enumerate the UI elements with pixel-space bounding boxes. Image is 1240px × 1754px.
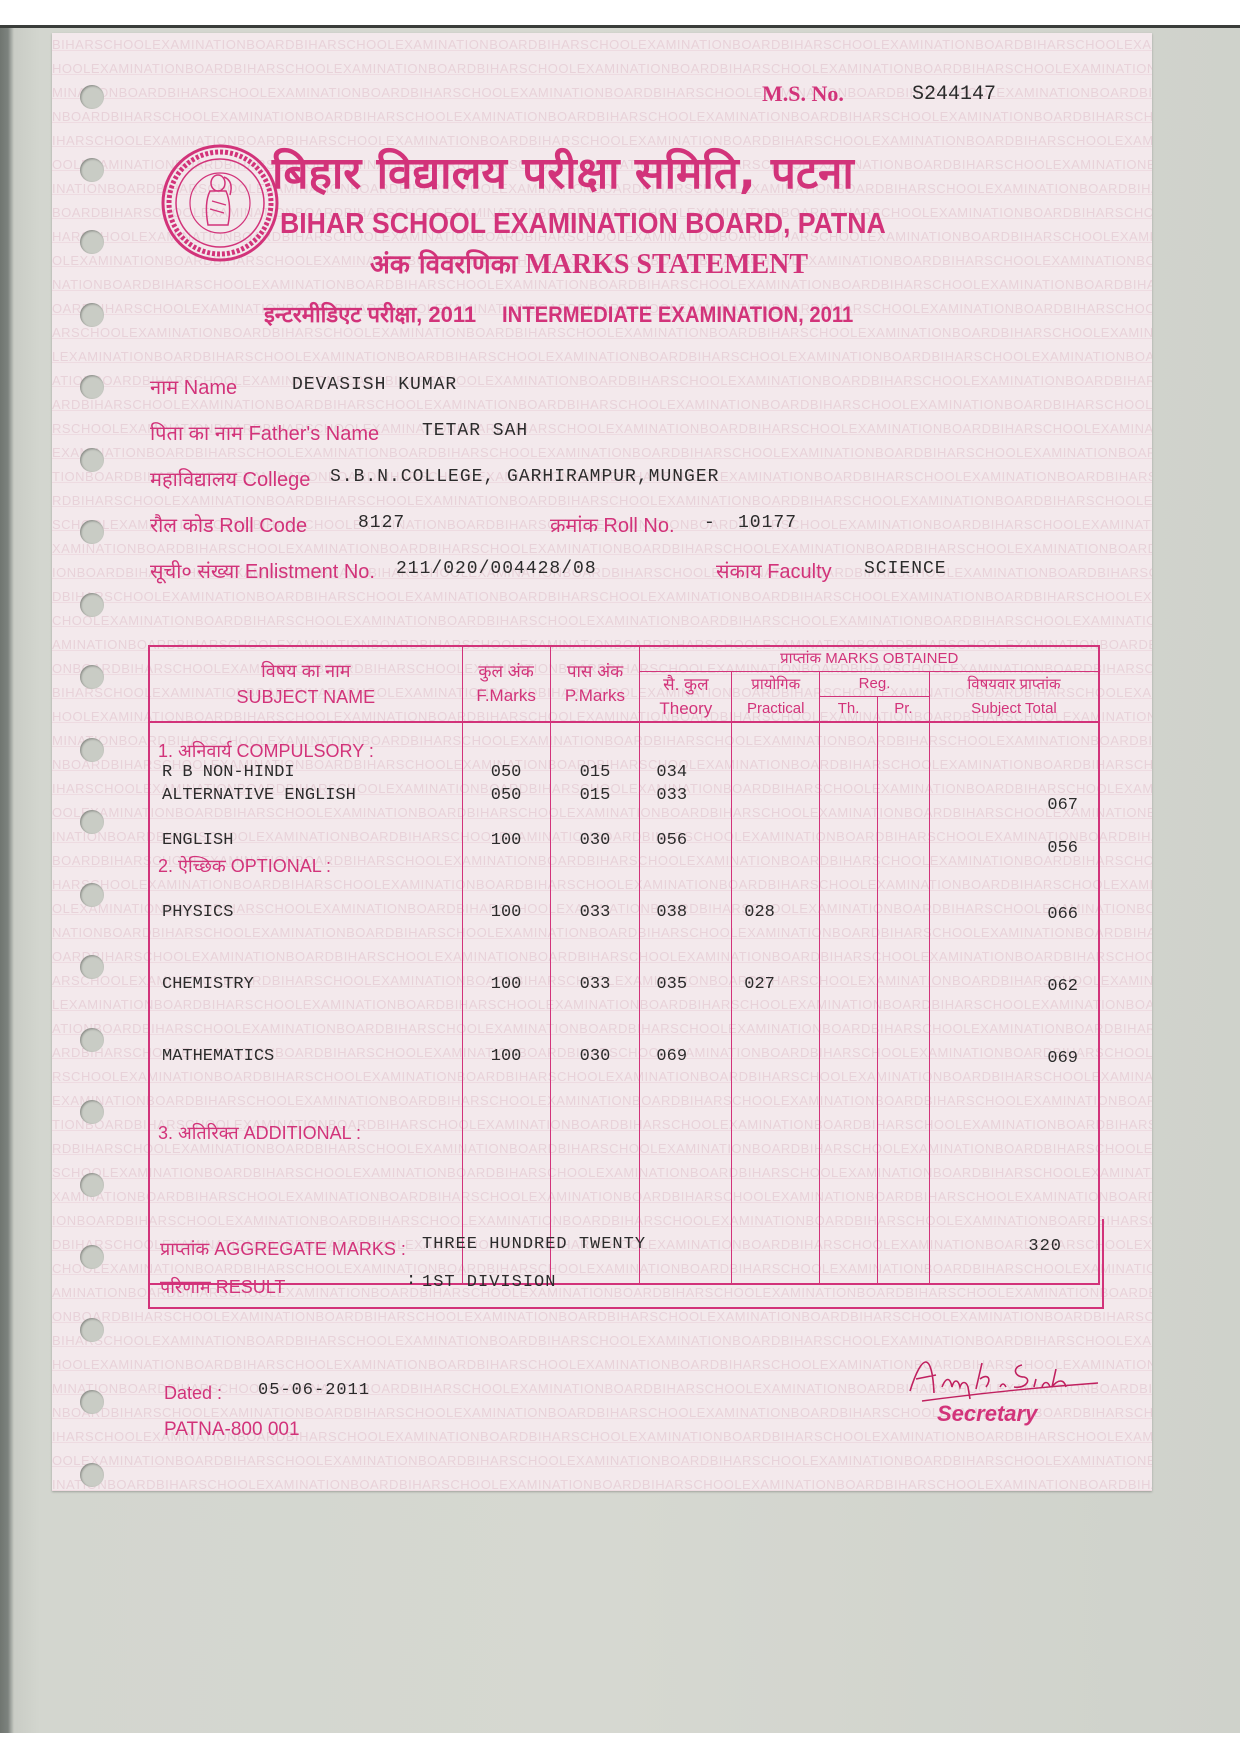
header-pass-marks: पास अंक P.Marks	[550, 646, 640, 722]
marks-table: विषय का नाम SUBJECT NAME कुल अंक F.Marks…	[148, 645, 1100, 1285]
section-additional: 3. अतिरिक्त ADDITIONAL :	[158, 1121, 462, 1145]
exam-title-hindi: इन्टरमीडिएट परीक्षा, 2011	[264, 302, 476, 327]
section-optional: 2. ऐच्छिक OPTIONAL :	[158, 854, 462, 878]
subject-name: MATHEMATICS	[162, 1047, 462, 1066]
binder-hole	[80, 303, 104, 327]
binder-hole	[80, 158, 104, 182]
reg-practical-column	[878, 722, 930, 1284]
theory-value: 033	[656, 786, 731, 805]
board-seal-icon	[160, 143, 280, 263]
ms-no-value: S244147	[912, 83, 996, 106]
full-marks-column: 050 050 100 100 100 100	[462, 722, 550, 1284]
full-marks-value: 100	[463, 975, 550, 994]
pass-marks-value: 015	[551, 763, 640, 782]
name-label: नाम Name	[150, 373, 237, 400]
header-reg-split: Th. Pr.	[820, 697, 929, 721]
full-marks-value: 100	[463, 1047, 550, 1066]
header-reg-practical: Pr.	[878, 697, 929, 721]
father-name: TETAR SAH	[422, 421, 528, 441]
pass-marks-value: 030	[551, 1047, 640, 1066]
result-colon: :	[406, 1271, 417, 1290]
header-practical-english: Practical	[732, 697, 819, 721]
header-subject-english: SUBJECT NAME	[150, 684, 462, 710]
pass-marks-column: 015 015 030 033 033 030	[550, 722, 640, 1284]
binder-hole	[80, 955, 104, 979]
binder-hole	[80, 1245, 104, 1269]
binder-hole	[80, 448, 104, 472]
binder-hole	[80, 520, 104, 544]
header-subject-total-english: Subject Total	[930, 697, 1098, 721]
header-theory-english: Theory	[640, 697, 731, 721]
roll-code-label: रौल कोड Roll Code	[150, 511, 307, 538]
binder-hole	[80, 1100, 104, 1124]
binder-hole	[80, 230, 104, 254]
board-name-english: BIHAR SCHOOL EXAMINATION BOARD, PATNA	[280, 208, 886, 241]
header-practical-hindi: प्रायोगिक	[732, 673, 819, 697]
header-theory: सै. कुल Theory	[640, 672, 732, 723]
section-compulsory: 1. अनिवार्य COMPULSORY :	[158, 739, 462, 763]
board-name-hindi: बिहार विद्यालय परीक्षा समिति, पटना	[272, 141, 854, 201]
pass-marks-value: 030	[551, 831, 640, 850]
faculty: SCIENCE	[864, 559, 947, 579]
aggregate-value: 320	[1028, 1237, 1062, 1256]
reg-theory-column	[820, 722, 878, 1284]
header-full-marks-hindi: कुल अंक	[463, 660, 550, 684]
header-reg-label: Reg.	[820, 672, 929, 697]
enlistment-label: सूची० संख्या Enlistment No.	[150, 557, 375, 584]
theory-value: 034	[656, 763, 731, 782]
roll-code: 8127	[358, 513, 405, 533]
full-marks-value: 100	[463, 831, 550, 850]
exam-title-english: INTERMEDIATE EXAMINATION, 2011	[502, 302, 853, 328]
binder-hole	[80, 1173, 104, 1197]
college-name: S.B.N.COLLEGE, GARHIRAMPUR,MUNGER	[330, 467, 719, 487]
practical-value: 027	[744, 975, 819, 994]
header-subject-hindi: विषय का नाम	[150, 658, 462, 684]
full-marks-value: 050	[463, 786, 550, 805]
header-subject: विषय का नाम SUBJECT NAME	[149, 646, 462, 722]
binder-hole	[80, 665, 104, 689]
binder-hole	[80, 85, 104, 109]
binder-hole	[80, 375, 104, 399]
result-label: परिणाम RESULT	[160, 1275, 285, 1299]
binder-hole	[80, 810, 104, 834]
practical-column: 028 027	[732, 722, 820, 1284]
student-name: DEVASISH KUMAR	[292, 375, 457, 395]
header-practical: प्रायोगिक Practical	[732, 672, 820, 723]
binder-hole	[80, 1318, 104, 1342]
subject-name: PHYSICS	[162, 903, 462, 922]
subject-total-value: 062	[1047, 977, 1078, 996]
theory-column: 034 033 056 038 035 069	[640, 722, 732, 1284]
statement-title-english: MARKS STATEMENT	[525, 249, 808, 280]
subject-total-column: 067 056 066 062 069	[929, 722, 1099, 1284]
subject-name: R B NON-HINDI	[162, 763, 462, 782]
subject-name: ALTERNATIVE ENGLISH	[162, 786, 462, 805]
header-full-marks: कुल अंक F.Marks	[462, 646, 550, 722]
header-pass-marks-hindi: पास अंक	[551, 660, 640, 684]
aggregate-label: प्राप्तांक AGGREGATE MARKS :	[160, 1237, 406, 1261]
full-marks-value: 050	[463, 763, 550, 782]
ms-no-label: M.S. No.	[762, 81, 844, 107]
header-pass-marks-english: P.Marks	[551, 684, 640, 708]
header-reg: Reg. Th. Pr.	[820, 672, 930, 723]
exam-title: इन्टरमीडिएट परीक्षा, 2011 INTERMEDIATE E…	[264, 299, 884, 329]
binder-hole	[80, 738, 104, 762]
marks-statement-document: BIHARSCHOOLEXAMINATIONBOARDBIHARSCHOOLEX…	[52, 33, 1152, 1491]
faculty-label: संकाय Faculty	[716, 557, 832, 584]
full-marks-value: 100	[463, 903, 550, 922]
binder-hole	[80, 883, 104, 907]
header-subject-total-hindi: विषयवार प्राप्तांक	[930, 673, 1098, 697]
binder-hole	[80, 1390, 104, 1414]
pass-marks-value: 033	[551, 975, 640, 994]
header-full-marks-english: F.Marks	[463, 684, 550, 708]
aggregate-box: प्राप्तांक AGGREGATE MARKS : THREE HUNDR…	[148, 1219, 1104, 1309]
theory-value: 056	[656, 831, 731, 850]
issue-date: 05-06-2011	[258, 1381, 370, 1400]
subject-total-value: 056	[1047, 839, 1078, 858]
practical-value: 028	[744, 903, 819, 922]
header-theory-hindi: सै. कुल	[640, 673, 731, 697]
header-subject-total: विषयवार प्राप्तांक Subject Total	[929, 672, 1099, 723]
aggregate-words: THREE HUNDRED TWENTY	[422, 1235, 646, 1254]
roll-no: 10177	[738, 513, 797, 533]
secretary-signature	[902, 1343, 1102, 1403]
dated-label: Dated :	[164, 1383, 222, 1404]
result-value: 1ST DIVISION	[422, 1273, 556, 1292]
college-label: महाविद्यालय College	[150, 465, 310, 492]
theory-value: 035	[656, 975, 731, 994]
subject-total-value: 069	[1047, 1049, 1078, 1068]
binder-hole	[80, 593, 104, 617]
roll-no-dash: -	[704, 513, 716, 533]
theory-value: 069	[656, 1047, 731, 1066]
statement-title: अंक विवरणिका MARKS STATEMENT	[370, 245, 808, 281]
subject-name: CHEMISTRY	[162, 975, 462, 994]
header-marks-obtained: प्राप्तांक MARKS OBTAINED	[640, 646, 1099, 672]
binder-hole	[80, 1028, 104, 1052]
statement-title-hindi: अंक विवरणिका	[370, 250, 517, 280]
enlistment-no: 211/020/004428/08	[396, 559, 597, 579]
subject-total-value: 067	[1047, 796, 1078, 815]
theory-value: 038	[656, 903, 731, 922]
binder-hole	[80, 1463, 104, 1487]
father-name-label: पिता का नाम Father's Name	[150, 419, 379, 446]
pass-marks-value: 015	[551, 786, 640, 805]
secretary-title: Secretary	[937, 1401, 1037, 1427]
subject-name: ENGLISH	[162, 831, 462, 850]
board-address: PATNA-800 001	[164, 1419, 300, 1441]
subject-column: 1. अनिवार्य COMPULSORY : R B NON-HINDI A…	[149, 722, 462, 1284]
roll-no-label: क्रमांक Roll No.	[550, 511, 675, 538]
header-reg-theory: Th.	[820, 697, 878, 721]
pass-marks-value: 033	[551, 903, 640, 922]
subject-total-value: 066	[1047, 905, 1078, 924]
